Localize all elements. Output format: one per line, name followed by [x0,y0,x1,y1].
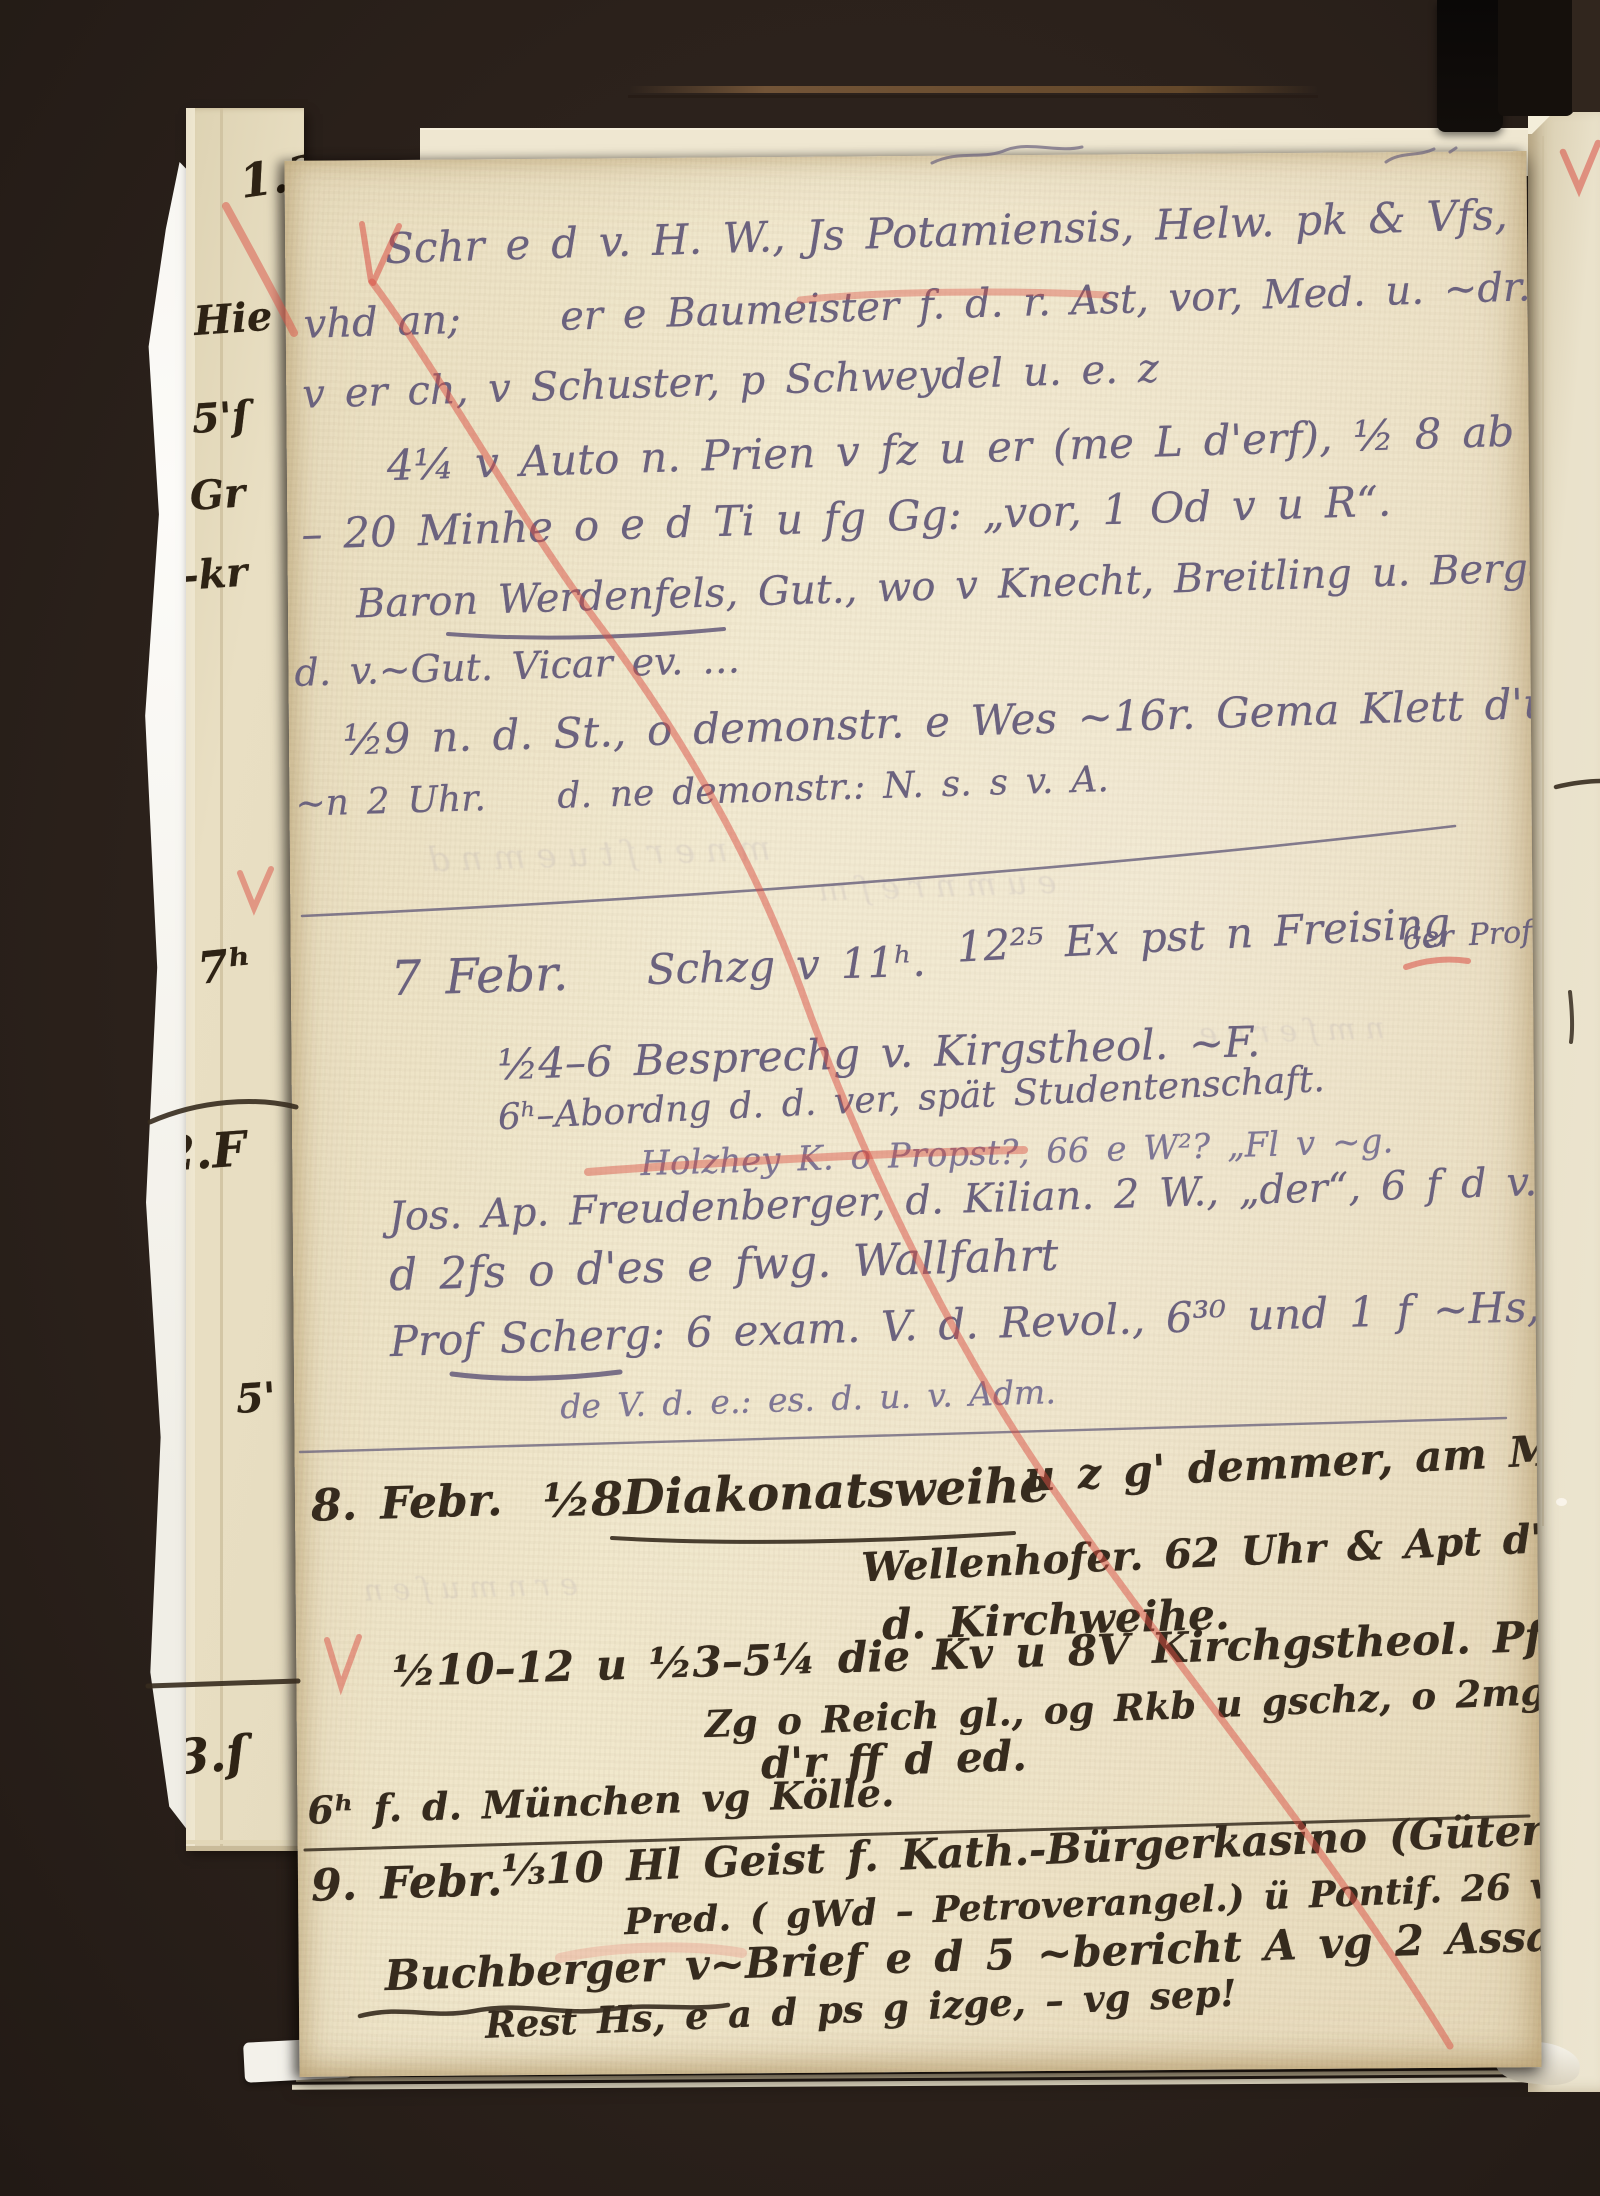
handwriting-layer: Schr e d v. H. W., Js Potamiensis, Helw.… [284,151,1541,2077]
manuscript-line: 6ʰ f. d. München vg Kölle. [307,1774,895,1830]
under-page-bottom-edge [186,1840,304,1844]
manuscript-line: 9. Febr. [310,1859,502,1909]
manuscript-line: Wellenhofer. 62 Uhr & Apt d'ne fah. [861,1512,1542,1588]
right-page-crease [1542,136,1544,1526]
manuscript-line: de V. d. e.: es. d. u. v. Adm. [560,1375,1056,1423]
manuscript-line: v er ch, v Schuster, p Schweydel u. e. z [302,349,1160,415]
manuscript-line: 7ʰ [196,943,254,992]
photograph-of-open-diary: Handwritten diary page (Kurrent script, … [0,0,1600,2196]
manuscript-line: 6er Prof [1402,917,1533,955]
manuscript-line: 7 Febr. [390,950,569,1003]
manuscript-line: 5'ſ [191,396,251,440]
manuscript-line: 8. Febr. [310,1479,502,1529]
book-cover-edge-highlight [628,86,1318,93]
manuscript-line: – 20 Minhe o e d Ti u fg Gg: „vor, 1 Od … [301,481,1392,556]
paper-fleck [1556,1498,1567,1506]
manuscript-line: 12²⁵ Ex pst n Freising [956,902,1451,969]
manuscript-line: -kr [186,552,249,596]
manuscript-line: d 2fs o d'es e fwg. Wallfahrt [389,1234,1059,1298]
manuscript-line: ~n 2 Uhr. d. ne demonstr.: N. s. s v. A. [295,762,1109,823]
manuscript-line: 4¼ v Auto n. Prien v fz u er (me L d'erf… [386,411,1515,487]
binding-gap-shadow [1498,0,1574,116]
manuscript-line: u z g' demmer, am Moses [1024,1425,1542,1498]
manuscript-line: Diakonatsweihe [622,1461,1050,1522]
book-cover-edge-shadow [628,95,1318,98]
manuscript-line: d. v.~Gut. Vicar ev. … [294,640,741,692]
under-page-bottom-edge [186,1846,304,1851]
manuscript-line: ½8 [542,1475,623,1523]
manuscript-line: Schr e d v. H. W., Js Potamiensis, Helw.… [385,192,1542,270]
manuscript-line: Baron Werdenfels, Gut., wo v Knecht, Bre… [355,547,1541,624]
manuscript-line: ½9 n. d. St., o demonstr. e Wes ~16r. Ge… [342,681,1541,761]
manuscript-line: 2.F [186,1125,248,1179]
manuscript-line: Prof Scherg: 6 exam. V. d. Revol., 6³⁰ u… [389,1285,1541,1363]
bookmark-ribbon [1437,0,1503,132]
manuscript-line: vhd an; er e Baumeister f. d. r. Ast, vo… [303,267,1541,345]
diary-page: m n e r ſ t u e m n de u m n r e ſ mn m … [284,151,1541,2077]
manuscript-line: Schzg v 11ʰ. [646,941,926,991]
manuscript-line: Gr [189,473,247,517]
binding-edge [1572,0,1600,112]
manuscript-line: 3.ſ [186,1729,248,1782]
manuscript-line: 5' [235,1377,278,1420]
manuscript-line: Hie [193,297,274,342]
